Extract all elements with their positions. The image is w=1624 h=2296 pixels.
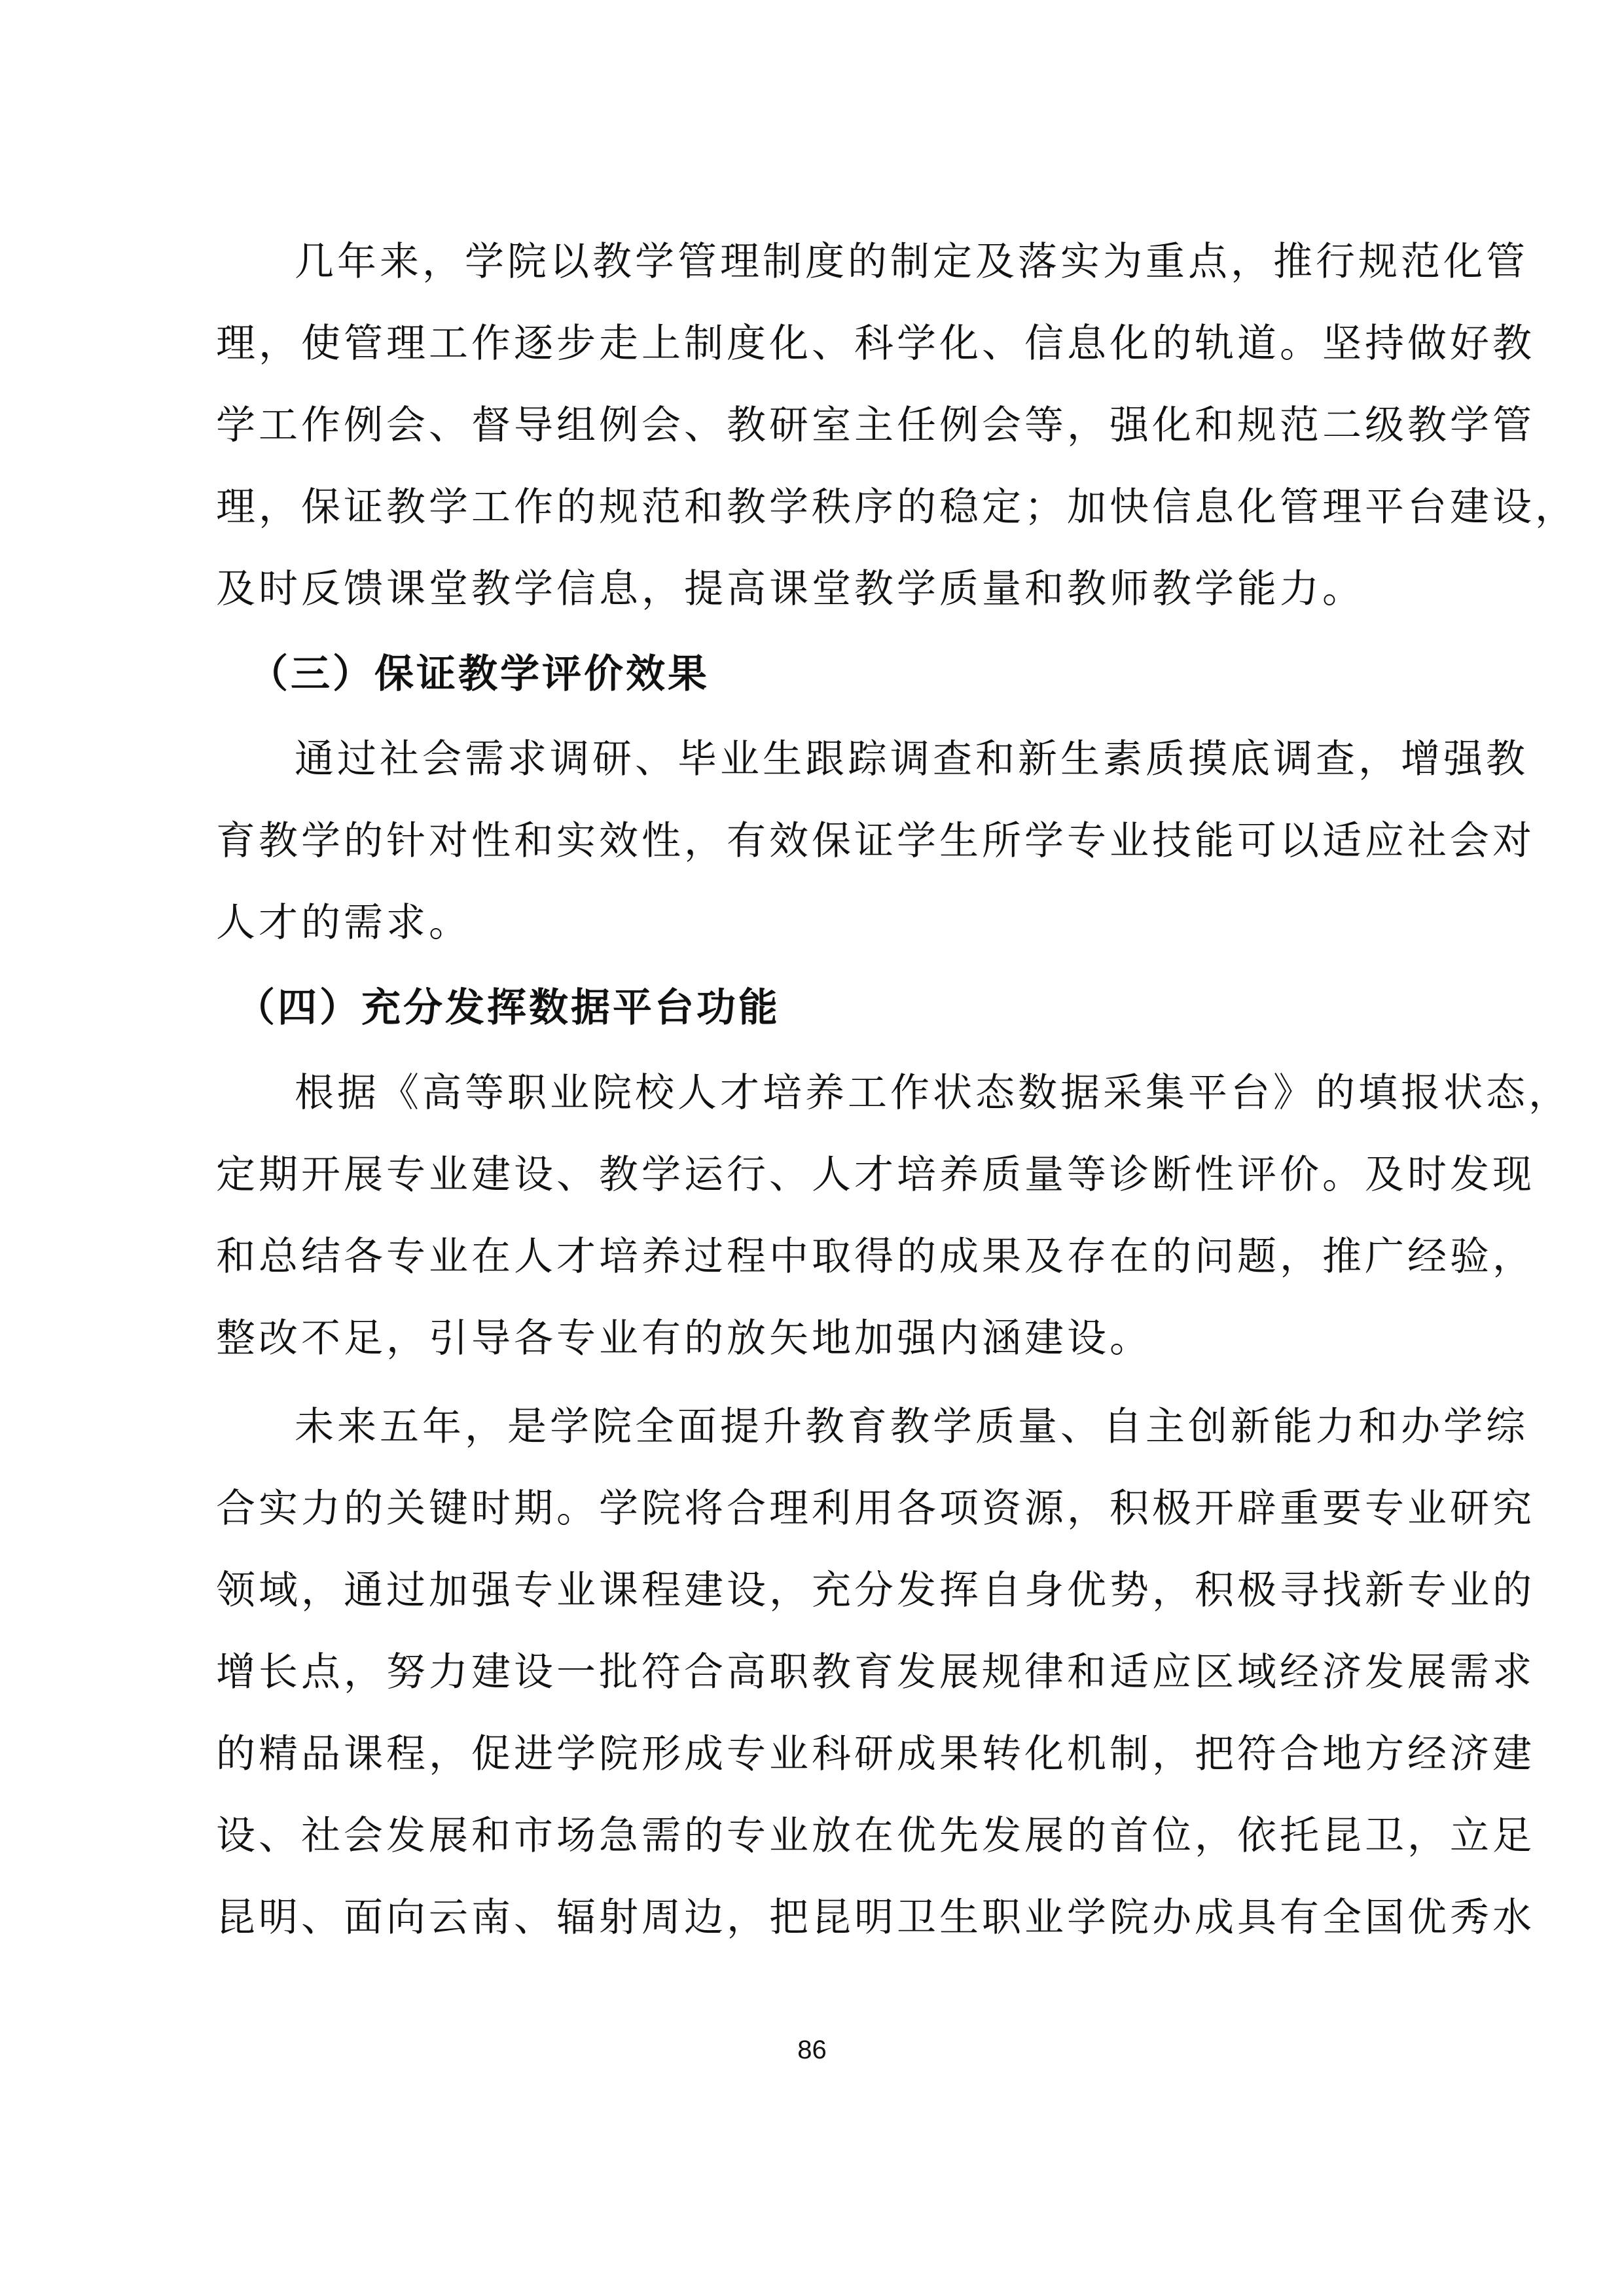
paragraph-line: 学工作例会、督导组例会、教研室主任例会等，强化和规范二级教学管 xyxy=(216,406,1535,445)
paragraph-line: 通过社会需求调研、毕业生跟踪调查和新生素质摸底调查，增强教 xyxy=(295,740,1528,779)
paragraph-line: 整改不足，引导各专业有的放矢地加强内涵建设。 xyxy=(216,1319,1152,1358)
paragraph-line: 理，使管理工作逐步走上制度化、科学化、信息化的轨道。坚持做好教 xyxy=(216,324,1535,363)
paragraph-line: 理，保证教学工作的规范和教学秩序的稳定；加快信息化管理平台建设， xyxy=(216,488,1578,527)
paragraph-line: 未来五年，是学院全面提升教育教学质量、自主创新能力和办学综 xyxy=(295,1407,1528,1446)
paragraph-line: 及时反馈课堂教学信息，提高课堂教学质量和教师教学能力。 xyxy=(216,569,1365,609)
paragraph-line: 人才的需求。 xyxy=(216,903,471,942)
paragraph-line: 领域，通过加强专业课程建设，充分发挥自身优势，积极寻找新专业的 xyxy=(216,1571,1535,1610)
page-number: 86 xyxy=(0,2036,1624,2065)
paragraph-line: 根据《高等职业院校人才培养工作状态数据采集平台》的填报状态， xyxy=(295,1073,1571,1113)
paragraph-line: 的精品课程，促进学院形成专业科研成果转化机制，把符合地方经济建 xyxy=(216,1734,1535,1774)
paragraph-line: 昆明、面向云南、辐射周边，把昆明卫生职业学院办成具有全国优秀水 xyxy=(216,1898,1535,1937)
paragraph-line: 和总结各专业在人才培养过程中取得的成果及存在的问题，推广经验， xyxy=(216,1237,1535,1276)
paragraph-line: 增长点，努力建设一批符合高职教育发展规律和适应区域经济发展需求 xyxy=(216,1653,1535,1692)
paragraph-line: 几年来，学院以教学管理制度的制定及落实为重点，推行规范化管 xyxy=(295,242,1528,281)
section-heading-3: （三）保证教学评价效果 xyxy=(249,655,710,694)
paragraph-line: 定期开展专业建设、教学运行、人才培养质量等诊断性评价。及时发现 xyxy=(216,1155,1535,1194)
paragraph-line: 设、社会发展和市场急需的专业放在优先发展的首位，依托昆卫，立足 xyxy=(216,1816,1535,1856)
paragraph-line: 合实力的关键时期。学院将合理利用各项资源，积极开辟重要专业研究 xyxy=(216,1489,1535,1528)
section-heading-4: （四）充分发挥数据平台功能 xyxy=(236,988,780,1028)
paragraph-line: 育教学的针对性和实效性，有效保证学生所学专业技能可以适应社会对 xyxy=(216,821,1535,861)
document-page: 几年来，学院以教学管理制度的制定及落实为重点，推行规范化管 理，使管理工作逐步走… xyxy=(0,0,1624,2296)
